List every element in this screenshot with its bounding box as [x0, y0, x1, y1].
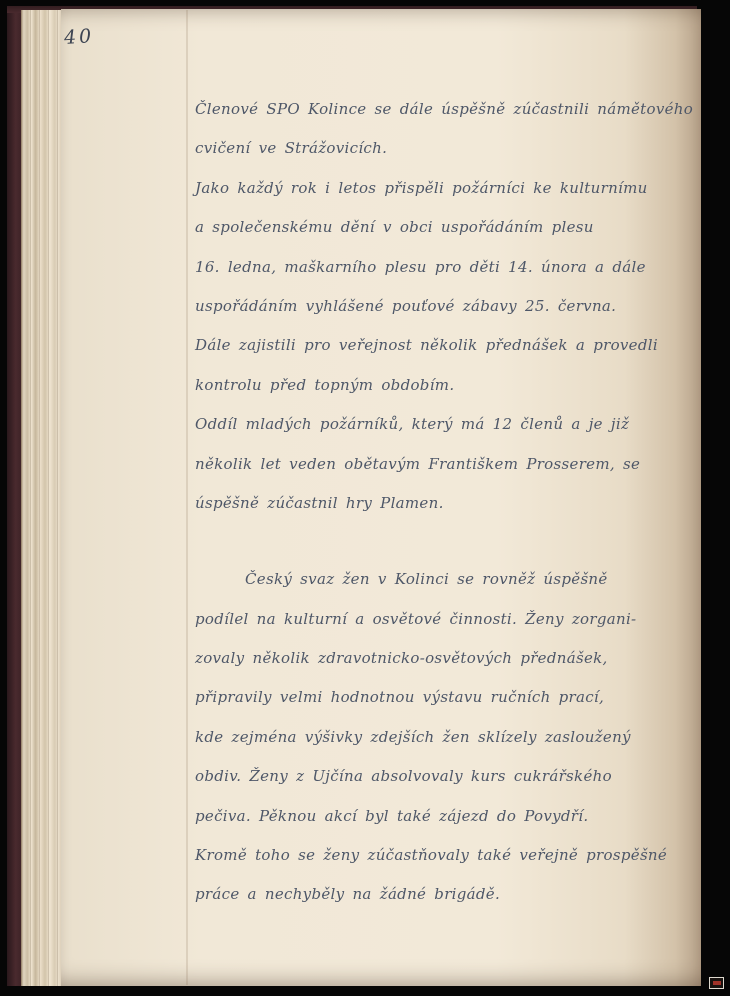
handwritten-line: úspěšně zúčastnil hry Plamen.: [195, 484, 683, 523]
handwritten-line: kde zejména výšivky zdejších žen sklízel…: [195, 718, 683, 757]
handwritten-line: uspořádáním vyhlášené pouťové zábavy 25.…: [195, 287, 683, 326]
page-number: 40: [63, 25, 95, 49]
handwritten-line: Oddíl mladých požárníků, který má 12 čle…: [195, 405, 683, 444]
handwriting-block: Členové SPO Kolince se dále úspěšně zúča…: [195, 90, 683, 915]
handwritten-line: připravily velmi hodnotnou výstavu ruční…: [195, 678, 683, 717]
scanned-chronicle-page: 40 Členové SPO Kolince se dále úspěšně z…: [0, 0, 730, 996]
handwritten-line: Dále zajistili pro veřejnost několik pře…: [195, 326, 683, 365]
handwritten-line: kontrolu před topným obdobím.: [195, 366, 683, 405]
handwritten-line: pečiva. Pěknou akcí byl také zájezd do P…: [195, 797, 683, 836]
handwritten-line: Kromě toho se ženy zúčastňovaly také veř…: [195, 836, 683, 875]
handwritten-line: a společenskému dění v obci uspořádáním …: [195, 208, 683, 247]
watermark-red-bar: [713, 981, 721, 985]
handwritten-line: cvičení ve Strážovicích.: [195, 129, 683, 168]
handwritten-line: podílel na kulturní a osvětové činnosti.…: [195, 600, 683, 639]
handwritten-line: práce a nechyběly na žádné brigádě.: [195, 875, 683, 914]
handwritten-line: Český svaz žen v Kolinci se rovněž úspěš…: [195, 560, 683, 599]
handwritten-line: zovaly několik zdravotnicko-osvětových p…: [195, 639, 683, 678]
handwritten-line: Členové SPO Kolince se dále úspěšně zúča…: [195, 90, 683, 129]
scan-watermark-icon: [709, 977, 724, 989]
handwritten-line: obdiv. Ženy z Ujčína absolvovaly kurs cu…: [195, 757, 683, 796]
handwritten-line: 16. ledna, maškarního plesu pro děti 14.…: [195, 248, 683, 287]
handwritten-line: několik let veden obětavým Františkem Pr…: [195, 445, 683, 484]
margin-rule-line: [186, 10, 188, 985]
handwritten-line: Jako každý rok i letos přispěli požárníc…: [195, 169, 683, 208]
stacked-page-edges: [21, 10, 61, 986]
